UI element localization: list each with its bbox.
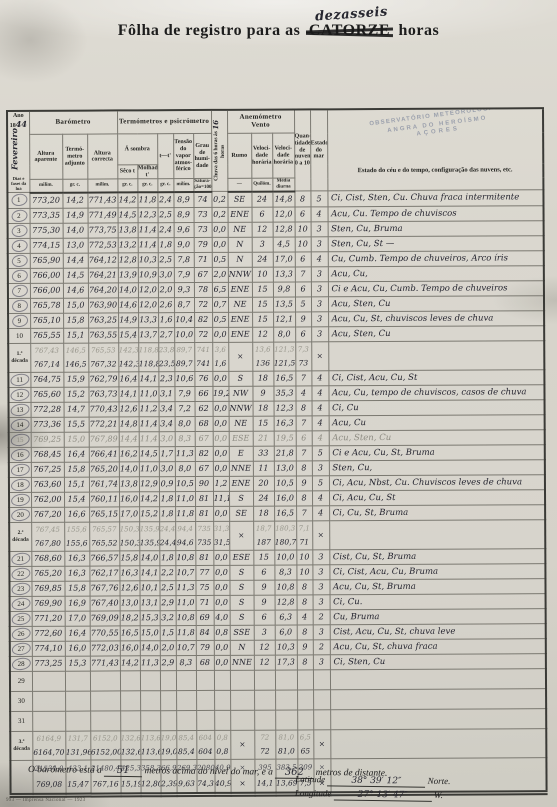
cell-cloud-amount: 7 xyxy=(296,506,312,521)
wind-direction-header: Rumo xyxy=(227,133,251,179)
hours-word: dezasseis CATORZE xyxy=(309,22,390,40)
day-number: 17 xyxy=(15,466,26,474)
day-number: 1 xyxy=(15,196,23,204)
cell-wind-direction: × xyxy=(229,521,253,550)
cell-humidity-degree: 73 xyxy=(194,222,212,237)
cell-dry-bulb: 14,6 xyxy=(118,297,138,312)
decade-label: 3.ª década xyxy=(10,731,32,760)
cell-sea-state: × xyxy=(312,520,329,549)
cell-wind-speed-mean: 10,5 xyxy=(274,476,296,491)
cell-vapor-tension: 11,8 xyxy=(176,625,196,640)
unit-label: gr. c. xyxy=(117,179,137,192)
cell-dry-bulb: 150,3150,3 xyxy=(119,521,139,550)
cell-rain: 0,0 xyxy=(213,416,229,431)
cell-cloud-amount: 8 xyxy=(296,461,312,476)
day-number-cell: 21 xyxy=(9,551,31,566)
cell-t-minus-t: 1,6 xyxy=(158,312,174,327)
cell-humidity-degree: 741741 xyxy=(194,342,212,371)
cell-dry-bulb: 12,6 xyxy=(119,580,139,595)
cell-sea-state: 4 xyxy=(312,430,329,445)
cell-sky-state: Sten, Cu, St — xyxy=(328,235,544,251)
cell-wet-bulb: 12,0 xyxy=(138,297,158,312)
day-number-cell: 8 xyxy=(8,298,30,313)
cell-wind-speed: 24 xyxy=(253,491,274,506)
cell-rain: 0,7 xyxy=(212,297,228,312)
weather-register-table: Ano 1844 Fevereiro Dias e fases da lua B… xyxy=(6,107,548,797)
cell-sea-state: 3 xyxy=(311,266,328,281)
cell-attached-thermometer: 146,5146,5 xyxy=(63,343,88,372)
day-number-cell: 23 xyxy=(9,581,31,596)
cell-corrected-height: 6152,06152,00 xyxy=(90,731,120,760)
t-minus-t-header: t—t' xyxy=(157,134,173,180)
cell-humidity-degree: 67 xyxy=(195,461,213,476)
cell-apparent-height xyxy=(32,711,65,731)
day-number-cell: 11 xyxy=(8,372,30,387)
cell-t-minus-t: 2,0 xyxy=(160,640,176,655)
coordinates-block: Latitude 38° 39′ 12″ Norte. Longitude 27… xyxy=(295,774,451,804)
day-number-cell: 20 xyxy=(9,507,31,522)
cell-t-minus-t: 2,4 xyxy=(158,222,174,237)
cell-corrected-height: 763,90 xyxy=(88,298,118,313)
cell-vapor-tension xyxy=(176,670,196,690)
cell-corrected-height: 767,40 xyxy=(90,596,120,611)
day-number: 3 xyxy=(15,227,23,235)
cell-sky-state: Ci, Cist, Sten, Cu. Chuva fraca intermit… xyxy=(327,190,543,207)
cell-apparent-height: 768,45 xyxy=(31,447,64,462)
cell-dry-bulb: 15,8 xyxy=(119,550,139,565)
cell-corrected-height: 764,12 xyxy=(88,253,118,268)
cell-wind-speed-mean: 10,8 xyxy=(274,580,296,595)
cell-vapor-tension: 11,0 xyxy=(176,595,196,610)
day-number-cell: 13 xyxy=(9,402,31,417)
cell-wet-bulb: 118,8118,8 xyxy=(138,342,158,371)
unit-label: milím. xyxy=(87,179,117,192)
cell-wind-speed-mean: 6,0 xyxy=(275,625,297,640)
cell-rain: 2,0 xyxy=(212,267,228,282)
cell-wind-direction: N xyxy=(228,252,252,267)
day-number: 21 xyxy=(15,555,26,563)
cell-corrected-height xyxy=(90,711,120,731)
cell-t-minus-t: 3,0 xyxy=(158,267,174,282)
cell-wind-speed-mean: 16,3 xyxy=(274,416,296,431)
cell-corrected-height: 772,53 xyxy=(88,238,118,253)
cell-sky-state: Acu, Sten, Cu xyxy=(328,295,544,311)
cell-attached-thermometer: 16,0 xyxy=(65,641,90,656)
cell-corrected-height: 770,43 xyxy=(89,402,119,417)
cell-t-minus-t: 1,8 xyxy=(159,550,175,565)
cell-sea-state: 3 xyxy=(312,460,329,475)
day-number-cell: 7 xyxy=(8,283,30,298)
cell-corrected-height: 764,20 xyxy=(88,283,118,298)
cell-rain: 0,5 xyxy=(212,252,228,267)
cell-sea-state: × xyxy=(313,729,330,758)
cell-wind-speed-mean: 16,5 xyxy=(274,506,296,521)
cell-attached-thermometer: 15,0 xyxy=(64,432,89,447)
cell-t-minus-t: 2,7 xyxy=(158,327,174,342)
cell-attached-thermometer: 16,3 xyxy=(64,551,89,566)
cell-humidity-degree: 84 xyxy=(196,625,214,640)
longitude-row: Longitude 27° 13′ 47″ W. xyxy=(295,788,450,802)
cell-t-minus-t: 1,8 xyxy=(159,506,175,521)
cell-apparent-height: 762,00 xyxy=(31,492,64,507)
cell-apparent-height: 764,75 xyxy=(30,372,63,387)
cell-sky-state: Acu, Cu xyxy=(329,414,545,430)
cell-attached-thermometer: 15,2 xyxy=(63,387,88,402)
day-number: 18 xyxy=(15,481,26,489)
cell-wind-direction: S xyxy=(229,565,253,580)
cell-attached-thermometer: 15,3 xyxy=(65,656,90,671)
cell-vapor-tension xyxy=(176,710,196,730)
day-number: 28 xyxy=(16,660,27,668)
cell-wind-direction: S xyxy=(229,580,253,595)
cell-wind-direction: NE xyxy=(228,297,252,312)
cell-sky-state: Ci, Cist, Acu, Cu, St xyxy=(328,369,544,385)
cell-dry-bulb: 16,2 xyxy=(119,446,139,461)
cell-rain: 11,1 xyxy=(213,491,229,506)
cell-humidity-degree: 81 xyxy=(195,550,213,565)
cell-t-minus-t: 3,4 xyxy=(159,416,175,431)
day-number-cell: 3 xyxy=(8,223,30,238)
cell-rain: 1,2 xyxy=(213,476,229,491)
day-number-cell: 27 xyxy=(10,641,32,656)
cell-wind-speed: 15 xyxy=(253,416,274,431)
day-number-cell: 25 xyxy=(10,611,32,626)
day-number: 23 xyxy=(15,585,26,593)
cell-humidity-degree: 604604 xyxy=(196,730,214,759)
cell-apparent-height: 765,60 xyxy=(30,387,63,402)
cell-rain: 4,0 xyxy=(214,610,230,625)
day-number-cell: 31 xyxy=(10,711,32,731)
cell-sky-state: Ci e Acu, Cu, St, Bruma xyxy=(329,444,545,460)
cell-dry-bulb: 12,6 xyxy=(119,401,139,416)
cell-wind-direction: ENE xyxy=(229,476,253,491)
cell-vapor-tension: 94,494,6 xyxy=(175,521,195,550)
cell-cloud-amount: 4 xyxy=(297,610,313,625)
cell-sky-state: Ci, Cu xyxy=(329,399,545,415)
cell-dry-bulb: 16,3 xyxy=(119,565,139,580)
cell-dry-bulb: 16,0 xyxy=(119,491,139,506)
unit-label: Satura- ção=100 xyxy=(193,179,211,192)
cell-wet-bulb: 13,3 xyxy=(138,312,158,327)
cell-wind-direction: NW xyxy=(228,386,252,401)
wind-speed-mean-header: Veloci- dade horária xyxy=(272,133,294,179)
cell-wind-speed-mean: 16,5 xyxy=(273,371,295,386)
cell-rain xyxy=(214,710,230,730)
cell-vapor-tension: 9,6 xyxy=(174,222,194,237)
cell-wind-speed: 10 xyxy=(252,267,273,282)
cell-attached-thermometer: 16,4 xyxy=(64,447,89,462)
cell-wind-direction: S xyxy=(228,371,252,386)
cell-attached-thermometer xyxy=(65,711,90,731)
cell-attached-thermometer: 15,8 xyxy=(63,313,88,328)
longitude-value: 27° 13′ 47″ xyxy=(334,789,432,801)
cell-rain: 0,0 xyxy=(212,222,228,237)
cell-apparent-height: 767,45767,80 xyxy=(31,522,64,551)
cell-sea-state: 3 xyxy=(311,281,328,296)
cell-sky-state: Sten, Cu, Bruma xyxy=(328,220,544,236)
day-number: 2 xyxy=(15,212,23,220)
cell-wind-direction: N xyxy=(230,640,254,655)
cell-wet-bulb: 12,0 xyxy=(138,282,158,297)
cell-wet-bulb: 14,0 xyxy=(139,550,159,565)
cell-t-minus-t: 2,0 xyxy=(158,282,174,297)
cell-apparent-height: 772,28 xyxy=(31,402,64,417)
cell-sea-state: 4 xyxy=(312,505,329,520)
cell-dry-bulb: 14,9 xyxy=(118,312,138,327)
cell-wind-direction: ESE xyxy=(229,550,253,565)
cell-wind-speed: 6 xyxy=(253,565,274,580)
cell-sky-state: Acu, Cu, St, Bruma xyxy=(329,578,545,594)
cell-dry-bulb: 14,2 xyxy=(117,192,137,208)
cell-vapor-tension: 8,0 xyxy=(175,461,195,476)
cell-t-minus-t xyxy=(160,670,176,690)
cell-dry-bulb: 12,8 xyxy=(118,252,138,267)
cell-vapor-tension: 7,9 xyxy=(174,386,194,401)
cell-attached-thermometer: 15,1 xyxy=(64,477,89,492)
cell-wind-speed: 3 xyxy=(254,625,275,640)
cell-corrected-height xyxy=(90,671,120,691)
cell-apparent-height: 767,20 xyxy=(31,507,64,522)
cell-vapor-tension: 10,7 xyxy=(176,640,196,655)
cell-vapor-tension: 9,3 xyxy=(174,282,194,297)
cell-humidity-degree: 74 xyxy=(193,192,211,208)
cell-vapor-tension: 10,8 xyxy=(175,550,195,565)
cell-dry-bulb: 16,4 xyxy=(118,371,138,386)
cell-wet-bulb xyxy=(140,690,160,710)
cell-apparent-height: 763,60 xyxy=(31,477,64,492)
cell-wind-speed: 9 xyxy=(254,595,275,610)
cell-cloud-amount: 7 xyxy=(296,446,312,461)
cell-wind-speed-mean: 16,0 xyxy=(274,491,296,506)
cell-sea-state: 2 xyxy=(313,609,330,624)
cell-dry-bulb: 13,0 xyxy=(120,595,140,610)
unit-label: milím. xyxy=(173,179,193,192)
cell-sky-state: Ci e Acu, Cu, Cumb. Tempo de chuveiros xyxy=(328,280,544,296)
cell-rain: 0,0 xyxy=(214,655,230,670)
day-number: 6 xyxy=(15,272,23,280)
cell-t-minus-t xyxy=(160,690,176,710)
cell-dry-bulb: 18,2 xyxy=(120,610,140,625)
cell-rain: 0,0 xyxy=(213,550,229,565)
cell-apparent-height: 766,00 xyxy=(30,268,63,283)
cell-cloud-amount xyxy=(297,710,313,730)
cell-rain: 31,331,5 xyxy=(213,521,229,550)
day-number-cell: 1 xyxy=(7,193,29,209)
day-number: 19 xyxy=(15,496,26,504)
cell-apparent-height: 6164,96164,70 xyxy=(32,731,65,760)
cell-apparent-height: 765,90 xyxy=(30,253,63,268)
cell-wet-bulb: 11,4 xyxy=(139,416,159,431)
sky-state-header: OBSERVATÓRIO METEOROLÓGICO ANGRA DO HERO… xyxy=(327,108,543,191)
cell-wind-speed: 13,6136 xyxy=(252,342,273,371)
cell-sea-state: 5 xyxy=(312,445,329,460)
cell-sky-state: Ci, Cu, St, Bruma xyxy=(329,504,545,520)
cell-sky-state: Ci, Acu, Nbst, Cu. Chuviscos leves de ch… xyxy=(329,474,545,490)
cell-dry-bulb: 17,0 xyxy=(119,506,139,521)
cell-wind-speed: 9 xyxy=(252,386,273,401)
cell-dry-bulb xyxy=(120,690,140,710)
barometer-altitude-value: 51 xyxy=(104,765,142,777)
cell-apparent-height: 767,43767,14 xyxy=(30,343,63,372)
day-number-cell: 17 xyxy=(9,462,31,477)
cell-vapor-tension: 89,789,7 xyxy=(174,342,194,371)
cell-vapor-tension: 9,0 xyxy=(174,237,194,252)
cell-sky-state xyxy=(329,519,545,549)
cell-wet-bulb: 11,3 xyxy=(140,655,160,670)
printer-imprint: 993 — Imprensa Nacional — 1923 xyxy=(6,798,85,803)
cell-attached-thermometer: 16,4 xyxy=(65,626,90,641)
cell-sea-state: 5 xyxy=(310,191,327,207)
cell-wet-bulb: 15,0 xyxy=(140,625,160,640)
cell-cloud-amount: 10 xyxy=(296,550,312,565)
cell-wind-speed-mean: 13,3 xyxy=(273,267,295,282)
cell-wind-direction: SSE xyxy=(230,625,254,640)
decade-summary-row: 1.ª década767,43767,14146,5146,5765,5376… xyxy=(8,340,544,372)
cell-rain: 0,0 xyxy=(213,565,229,580)
cell-cloud-amount: 6 xyxy=(295,327,311,342)
cell-apparent-height: 772,60 xyxy=(32,626,65,641)
cell-sea-state: 3 xyxy=(313,654,330,669)
cell-vapor-tension: 7,2 xyxy=(175,401,195,416)
cell-corrected-height: 767,89 xyxy=(89,432,119,447)
day-number-cell: 30 xyxy=(10,691,32,711)
cell-dry-bulb: 132,6132,6 xyxy=(120,730,140,759)
cell-wind-speed: 15 xyxy=(253,550,274,565)
cell-vapor-tension: 10,6 xyxy=(174,371,194,386)
cell-apparent-height xyxy=(32,671,65,691)
day-number: 30 xyxy=(16,697,27,705)
cell-humidity-degree: 78 xyxy=(194,282,212,297)
cell-vapor-tension: 8,7 xyxy=(174,297,194,312)
cell-dry-bulb xyxy=(120,710,140,730)
apparent-height-header: Altura aparente xyxy=(29,134,62,180)
cell-corrected-height: 771,43 xyxy=(87,192,117,208)
cell-humidity-degree: 62 xyxy=(195,401,213,416)
cell-t-minus-t: 3,0 xyxy=(159,431,175,446)
cell-wind-speed-mean: 17,0 xyxy=(273,252,295,267)
anemometer-group-header: Anemómetro Vento xyxy=(227,109,294,133)
cell-sky-state: Acu, Sten, Cu xyxy=(329,429,545,445)
unit-label: gr. c. xyxy=(62,180,87,193)
decade-label: 1.ª década xyxy=(8,343,30,372)
cell-cloud-amount: 6 xyxy=(295,252,311,267)
decade-label: 2.ª década xyxy=(9,522,31,551)
cell-dry-bulb: 14,5 xyxy=(118,207,138,222)
cell-humidity-degree: 66 xyxy=(194,386,212,401)
cell-cloud-amount: 8 xyxy=(297,625,313,640)
cell-cloud-amount: 7,171 xyxy=(296,521,312,550)
sea-state-header: Estado do mar xyxy=(310,109,327,191)
cell-humidity-degree: 82 xyxy=(195,446,213,461)
page-title: Fôlha de registro para as dezasseis CATO… xyxy=(0,22,557,40)
day-number-cell: 16 xyxy=(9,447,31,462)
cell-sky-state: Acu, Cu. Tempo de chuviscos xyxy=(328,205,544,221)
cell-vapor-tension: 10,4 xyxy=(174,312,194,327)
cell-corrected-height: 761,74 xyxy=(89,477,119,492)
cell-corrected-height: 765,53767,32 xyxy=(88,343,118,372)
cell-humidity-degree: 71 xyxy=(196,595,214,610)
cell-wind-speed-mean: 35,3 xyxy=(273,386,295,401)
cell-attached-thermometer: 15,9 xyxy=(63,372,88,387)
cell-corrected-height: 762,17 xyxy=(89,566,119,581)
cell-humidity-degree xyxy=(196,710,214,730)
cell-wind-speed: 33 xyxy=(253,446,274,461)
cell-attached-thermometer xyxy=(65,671,90,691)
cell-t-minus-t: 2,9 xyxy=(160,595,176,610)
cell-wind-speed: 18 xyxy=(253,401,274,416)
day-number-cell: 24 xyxy=(10,596,32,611)
cell-attached-thermometer: 14,2 xyxy=(62,192,87,208)
cell-apparent-height: 765,55 xyxy=(30,328,63,343)
cell-cloud-amount: 7 xyxy=(296,416,312,431)
cell-wind-speed-mean: 10,0 xyxy=(274,550,296,565)
cell-corrected-height: 770,55 xyxy=(90,626,120,641)
cell-cloud-amount: 10 xyxy=(295,237,311,252)
cell-humidity-degree: 735735 xyxy=(195,521,213,550)
cell-sky-state: Cist, Cu, St, Bruma xyxy=(329,548,545,564)
cell-sky-state xyxy=(330,728,546,758)
cell-t-minus-t: 2,6 xyxy=(158,297,174,312)
cell-dry-bulb xyxy=(120,670,140,690)
cell-humidity-degree: 69 xyxy=(196,610,214,625)
cell-dry-bulb: 14,2 xyxy=(120,655,140,670)
cell-wet-bulb: 11,0 xyxy=(138,386,158,401)
vapor-tension-header: Tensão do vapor atmos- férico xyxy=(173,134,193,180)
latitude-row: Latitude 38° 39′ 12″ Norte. xyxy=(295,774,450,788)
cell-sea-state: 4 xyxy=(312,490,329,505)
cell-dry-bulb: 14,0 xyxy=(119,461,139,476)
cell-wind-speed-mean: 9,8 xyxy=(273,282,295,297)
cell-corrected-height: 772,03 xyxy=(90,641,120,656)
title-suffix: horas xyxy=(399,22,440,39)
cell-attached-thermometer: 14,7 xyxy=(64,402,89,417)
wind-speed-header: Veloci- dade horária xyxy=(251,133,272,179)
cell-apparent-height: 774,15 xyxy=(30,238,63,253)
cell-wet-bulb: 135,9135,9 xyxy=(139,521,159,550)
cell-sea-state xyxy=(313,669,330,689)
cell-vapor-tension: 8,0 xyxy=(175,416,195,431)
cell-corrected-height: 765,20 xyxy=(89,462,119,477)
cell-cloud-amount: 4 xyxy=(295,386,311,401)
cell-apparent-height: 774,10 xyxy=(32,641,65,656)
day-number: 4 xyxy=(15,242,23,250)
cell-sky-state: Acu, Sten, Cu xyxy=(328,325,544,341)
cell-sea-state: 3 xyxy=(311,296,328,311)
day-number: 8 xyxy=(16,302,24,310)
day-number: 26 xyxy=(15,630,26,638)
cell-humidity-degree: 90 xyxy=(195,476,213,491)
cell-wet-bulb: 13,7 xyxy=(138,327,158,342)
days-moon-label: Dias e fases da lua xyxy=(8,176,29,191)
cell-wind-speed: 15 xyxy=(252,297,273,312)
cell-wind-speed-mean: 10,3 xyxy=(275,640,297,655)
day-number-cell: 29 xyxy=(10,671,32,691)
cell-apparent-height: 765,20 xyxy=(31,566,64,581)
cell-rain: 0,0 xyxy=(212,371,228,386)
cell-sky-state: Ci, Sten, Cu xyxy=(330,653,546,669)
cell-sky-state: Acu, Cu, St, chuva fraca xyxy=(330,638,546,654)
cell-rain: 0,0 xyxy=(213,401,229,416)
cell-wind-speed: 18 xyxy=(253,506,274,521)
cell-rain: 0,2 xyxy=(211,191,227,207)
cell-corrected-height: 763,73 xyxy=(88,387,118,402)
cell-t-minus-t: 19,019,0 xyxy=(160,730,176,759)
cell-rain: 0,5 xyxy=(212,312,228,327)
day-number-cell: 9 xyxy=(8,313,30,328)
cell-wind-speed-mean: 12,8 xyxy=(275,595,297,610)
struck-printed-hours: CATORZE xyxy=(309,22,390,40)
cell-cloud-amount: 8 xyxy=(296,491,312,506)
